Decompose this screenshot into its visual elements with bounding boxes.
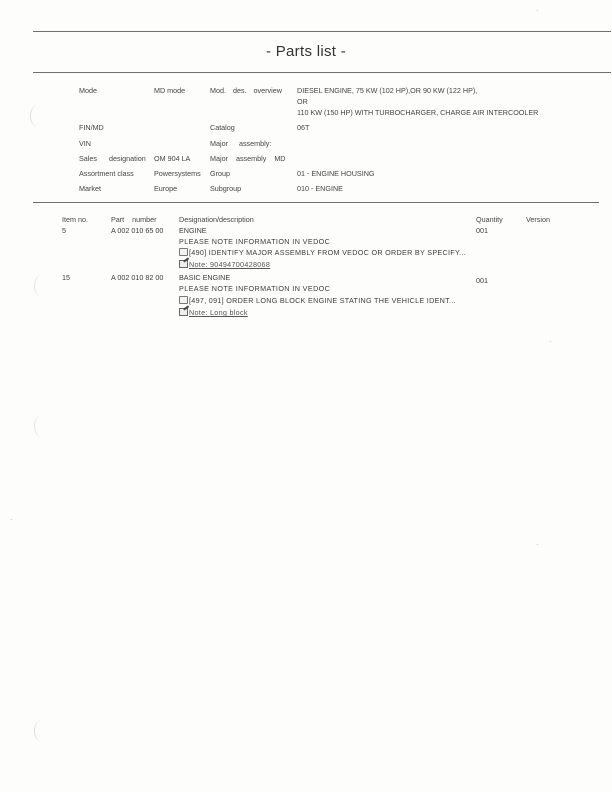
info-divider: [33, 202, 599, 203]
footnote-text[interactable]: [490] IDENTIFY MAJOR ASSEMBLY FROM VEDOC…: [189, 248, 466, 257]
note-line[interactable]: Note: 90494700428068: [179, 260, 270, 269]
page-title: - Parts list -: [0, 43, 612, 60]
item-no: 15: [62, 273, 70, 282]
punch-hole-shadow: [34, 275, 49, 297]
footnote-line[interactable]: [497, 091] ORDER LONG BLOCK ENGINE STATI…: [179, 296, 456, 305]
fin-md-label: FIN/MD: [79, 123, 104, 132]
scan-mark: ·: [536, 6, 539, 15]
mod-des-overview-line-2: OR: [297, 97, 308, 106]
sales-designation-label: Sales designation: [79, 154, 146, 163]
footnote-text[interactable]: [497, 091] ORDER LONG BLOCK ENGINE STATI…: [189, 296, 456, 305]
punch-hole-shadow: [34, 415, 49, 437]
punch-hole-shadow: [30, 105, 45, 127]
designation: ENGINE: [179, 226, 207, 235]
punch-hole-shadow: [34, 720, 49, 742]
subgroup-value: 010 - ENGINE: [297, 184, 343, 193]
mod-des-overview-label: Mod. des. overview: [210, 86, 282, 95]
column-header-designation: Designation/description: [179, 215, 254, 224]
mod-des-overview-line-3: 110 KW (150 HP) WITH TURBOCHARGER, CHARG…: [297, 108, 538, 117]
title-divider: [33, 72, 611, 73]
scan-mark: ·: [536, 540, 539, 549]
quantity: 001: [476, 226, 488, 235]
major-assembly-md-label: Major assembly MD: [210, 154, 286, 163]
column-header-part-number: Part number: [111, 215, 157, 224]
mod-des-overview-line-1: DIESEL ENGINE, 75 KW (102 HP),OR 90 KW (…: [297, 86, 477, 95]
note-link[interactable]: Note: Long block: [189, 308, 248, 317]
note-link[interactable]: Note: 90494700428068: [189, 260, 270, 269]
note-edit-icon[interactable]: [179, 260, 188, 268]
column-header-item-no: Item no.: [62, 215, 88, 224]
note-line[interactable]: Note: Long block: [179, 308, 248, 317]
scan-mark: ·: [549, 337, 552, 346]
document-icon[interactable]: [179, 248, 188, 256]
subgroup-label: Subgroup: [210, 184, 241, 193]
market-label: Market: [79, 184, 101, 193]
top-divider: [33, 31, 611, 32]
document-icon[interactable]: [179, 296, 188, 304]
major-assembly-label: Major assembly:: [210, 139, 271, 148]
part-number: A 002 010 82 00: [111, 273, 163, 282]
info-text: PLEASE NOTE INFORMATION IN VEDOC: [179, 237, 330, 246]
group-label: Group: [210, 169, 230, 178]
note-edit-icon[interactable]: [179, 308, 188, 316]
part-number: A 002 010 65 00: [111, 226, 163, 235]
quantity: 001: [476, 276, 488, 285]
footnote-line[interactable]: [490] IDENTIFY MAJOR ASSEMBLY FROM VEDOC…: [179, 248, 466, 257]
item-no: 5: [62, 226, 66, 235]
catalog-label: Catalog: [210, 123, 235, 132]
column-header-version: Version: [526, 215, 550, 224]
column-header-quantity: Quantity: [476, 215, 503, 224]
vin-label: VIN: [79, 139, 91, 148]
catalog-value: 06T: [297, 123, 309, 132]
group-value: 01 - ENGINE HOUSING: [297, 169, 374, 178]
mode-value: MD mode: [154, 86, 185, 95]
info-text: PLEASE NOTE INFORMATION IN VEDOC: [179, 284, 330, 293]
mode-label: Mode: [79, 86, 97, 95]
market-value: Europe: [154, 184, 177, 193]
assortment-class-value: Powersystems: [154, 169, 201, 178]
assortment-class-label: Assortment class: [79, 169, 134, 178]
designation: BASIC ENGINE: [179, 273, 230, 282]
scan-mark: ·: [10, 515, 13, 524]
sales-designation-value: OM 904 LA: [154, 154, 190, 163]
